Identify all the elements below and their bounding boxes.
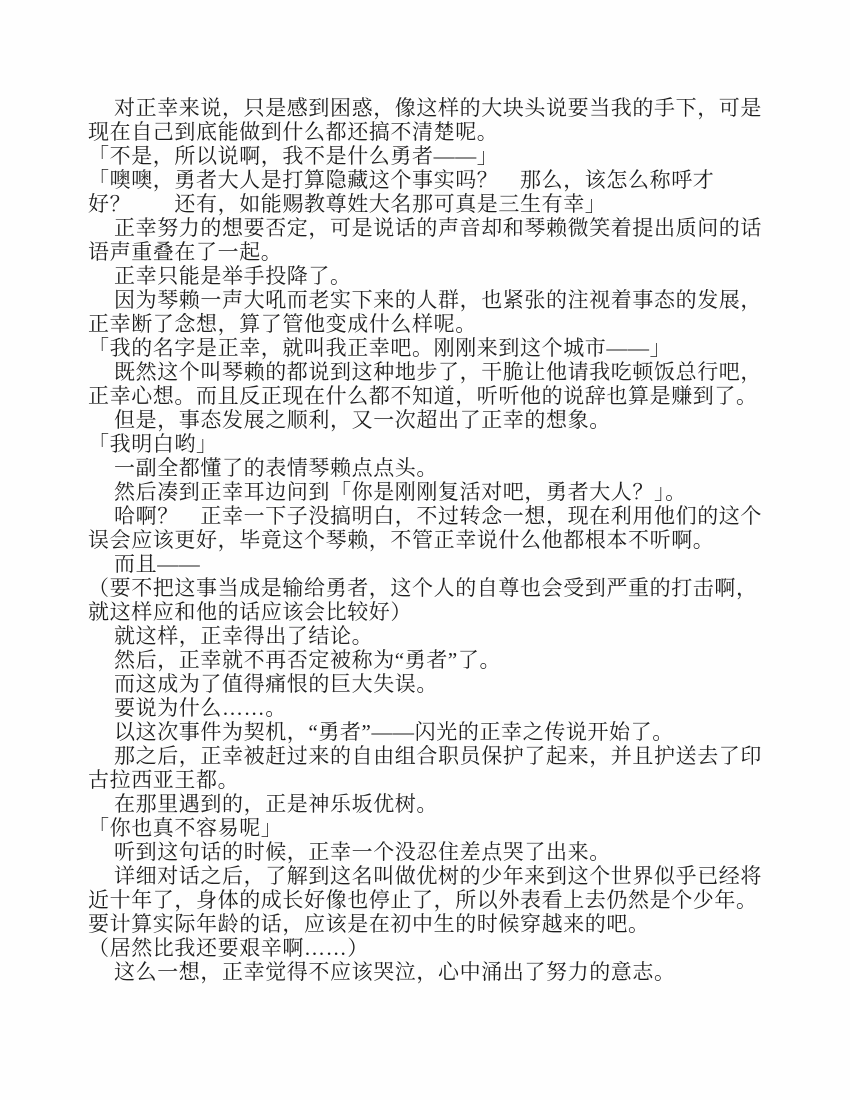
- text-line: 而这成为了值得痛恨的巨大失误。: [88, 672, 778, 696]
- text-line: 然后，正幸就不再否定被称为“勇者”了。: [88, 648, 778, 672]
- text-line: 「你也真不容易呢」: [88, 816, 778, 840]
- text-line: 而且——: [88, 552, 778, 576]
- text-line: 现在自己到底能做到什么都还搞不清楚呢。: [88, 120, 778, 144]
- text-line: 以这次事件为契机，“勇者”——闪光的正幸之传说开始了。: [88, 720, 778, 744]
- text-line: 语声重叠在了一起。: [88, 240, 778, 264]
- text-line: 要说为什么……。: [88, 696, 778, 720]
- text-block: 对正幸来说，只是感到困惑，像这样的大块头说要当我的手下，可是现在自己到底能做到什…: [88, 96, 778, 984]
- text-line: 对正幸来说，只是感到困惑，像这样的大块头说要当我的手下，可是: [88, 96, 778, 120]
- text-line: 正幸努力的想要否定，可是说话的声音却和琴赖微笑着提出质问的话: [88, 216, 778, 240]
- text-line: 这么一想，正幸觉得不应该哭泣，心中涌出了努力的意志。: [88, 960, 778, 984]
- text-line: 近十年了，身体的成长好像也停止了，所以外表看上去仍然是个少年。: [88, 888, 778, 912]
- text-line: 就这样应和他的话应该会比较好）: [88, 600, 778, 624]
- text-line: 正幸心想。而且反正现在什么都不知道，听听他的说辞也算是赚到了。: [88, 384, 778, 408]
- text-line: 好？ 还有，如能赐教尊姓大名那可真是三生有幸」: [88, 192, 778, 216]
- text-line: 就这样，正幸得出了结论。: [88, 624, 778, 648]
- novel-page: 对正幸来说，只是感到困惑，像这样的大块头说要当我的手下，可是现在自己到底能做到什…: [0, 0, 850, 1100]
- text-line: 既然这个叫琴赖的都说到这种地步了，干脆让他请我吃顿饭总行吧，: [88, 360, 778, 384]
- text-line: 「我的名字是正幸，就叫我正幸吧。刚刚来到这个城市——」: [88, 336, 778, 360]
- text-line: 因为琴赖一声大吼而老实下来的人群，也紧张的注视着事态的发展，: [88, 288, 778, 312]
- text-line: 但是，事态发展之顺利，又一次超出了正幸的想象。: [88, 408, 778, 432]
- text-line: 听到这句话的时候，正幸一个没忍住差点哭了出来。: [88, 840, 778, 864]
- text-line: 正幸断了念想，算了管他变成什么样呢。: [88, 312, 778, 336]
- text-line: 然后凑到正幸耳边问到「你是刚刚复活对吧，勇者大人？」。: [88, 480, 778, 504]
- text-line: 「不是，所以说啊，我不是什么勇者——」: [88, 144, 778, 168]
- text-line: 正幸只能是举手投降了。: [88, 264, 778, 288]
- text-line: 一副全都懂了的表情琴赖点点头。: [88, 456, 778, 480]
- text-line: 在那里遇到的，正是神乐坂优树。: [88, 792, 778, 816]
- text-line: 「噢噢，勇者大人是打算隐藏这个事实吗？ 那么，该怎么称呼才: [88, 168, 778, 192]
- text-line: 误会应该更好，毕竟这个琴赖，不管正幸说什么他都根本不听啊。: [88, 528, 778, 552]
- text-line: （要不把这事当成是输给勇者，这个人的自尊也会受到严重的打击啊，: [88, 576, 778, 600]
- text-line: 那之后，正幸被赶过来的自由组合职员保护了起来，并且护送去了印: [88, 744, 778, 768]
- text-line: 详细对话之后，了解到这名叫做优树的少年来到这个世界似乎已经将: [88, 864, 778, 888]
- text-line: 哈啊？ 正幸一下子没搞明白，不过转念一想，现在利用他们的这个: [88, 504, 778, 528]
- text-line: 古拉西亚王都。: [88, 768, 778, 792]
- text-line: 「我明白哟」: [88, 432, 778, 456]
- text-line: （居然比我还要艰辛啊……）: [88, 936, 778, 960]
- text-line: 要计算实际年龄的话，应该是在初中生的时候穿越来的吧。: [88, 912, 778, 936]
